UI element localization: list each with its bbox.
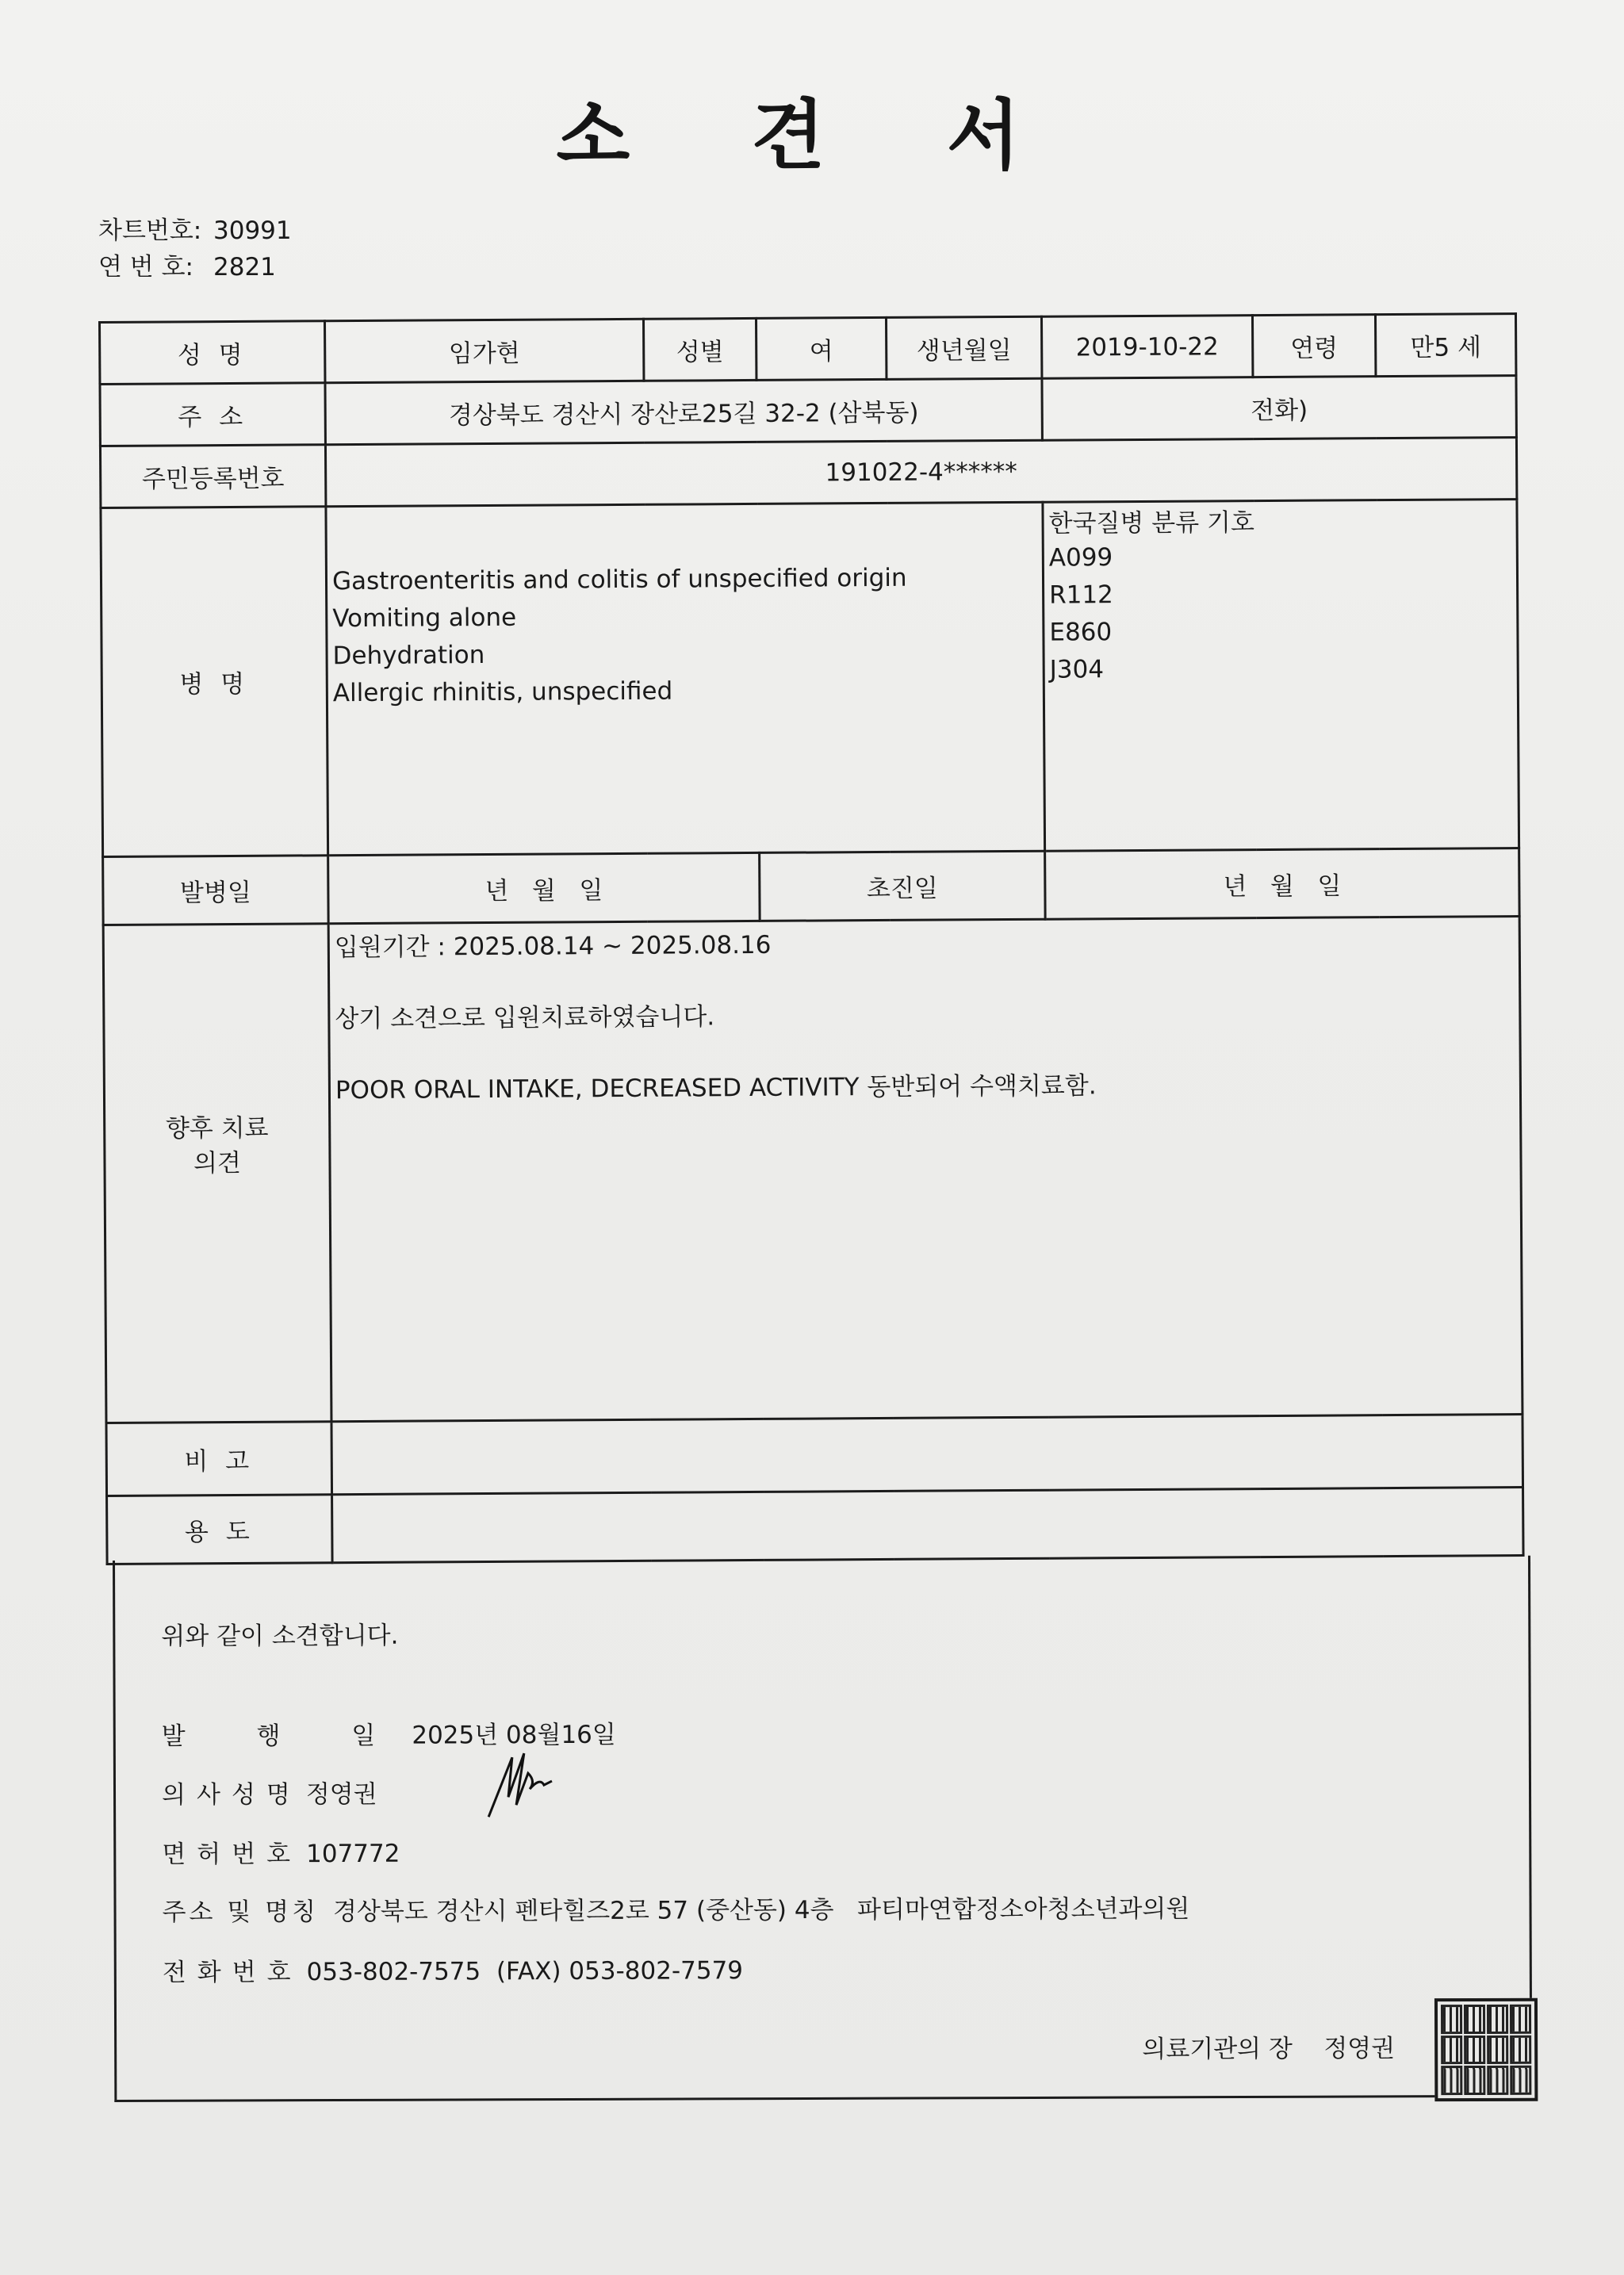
- opinion-line: 입원기간 : 2025.08.14 ~ 2025.08.16: [335, 922, 1514, 966]
- chart-no: 30991: [213, 213, 292, 249]
- license-line: 면허번호107772: [162, 1833, 400, 1870]
- name-label: 성 명: [100, 321, 325, 385]
- diagnosis-code: A099: [1049, 537, 1511, 577]
- code-header: 한국질병 분류 기호: [1048, 505, 1511, 540]
- opinion-body: 입원기간 : 2025.08.14 ~ 2025.08.16 상기 소견으로 입…: [328, 917, 1522, 1422]
- head-name: 정영권: [1323, 2034, 1395, 2062]
- institution-head: 의료기관의 장 정영권: [1142, 2028, 1395, 2064]
- diagnosis-item: Allergic rhinitis, unspecified: [333, 670, 1038, 711]
- opinion-label-line1: 향후 치료: [105, 1110, 328, 1147]
- patient-sex: 여: [756, 317, 886, 380]
- chart-no-label: 차트번호:: [98, 213, 213, 249]
- diagnosis-code: E860: [1049, 611, 1511, 652]
- onset-value: 년 월 일: [328, 852, 760, 923]
- clinic-address-line: 주소 및 명칭경상북도 경산시 펜타힐즈2로 57 (중산동) 4층 파티마연합…: [162, 1888, 1189, 1928]
- patient-dob: 2019-10-22: [1041, 316, 1252, 379]
- clinic-phone-label: 전화번호: [163, 1951, 302, 1988]
- patient-address: 경상북도 경산시 장산로25길 32-2 (삼북동): [325, 378, 1042, 445]
- purpose-label: 용 도: [107, 1495, 333, 1565]
- patient-row: 성 명 임가현 성별 여 생년월일 2019-10-22 연령 만5 세: [100, 314, 1516, 385]
- issue-date-label: 발 행 일: [162, 1715, 408, 1752]
- onset-label: 발병일: [103, 856, 329, 925]
- clinic-phone-line: 전화번호053-802-7575 (FAX) 053-802-7579: [163, 1950, 743, 1988]
- doctor-name: 정영권: [306, 1780, 377, 1809]
- purpose-row: 용 도: [107, 1488, 1523, 1565]
- license-no: 107772: [306, 1840, 400, 1868]
- serial-no-label: 연 번 호:: [98, 249, 213, 285]
- first-visit-value: 년 월 일: [1045, 848, 1520, 920]
- opinion-line: 상기 소견으로 입원치료하였습니다.: [335, 994, 1514, 1037]
- document-meta: 차트번호:30991 연 번 호:2821: [98, 213, 292, 285]
- clinic-address: 경상북도 경산시 펜타힐즈2로 57 (중산동) 4층 파티마연합정소아청소년과…: [333, 1894, 1189, 1926]
- diagnosis-item: Dehydration: [332, 633, 1037, 674]
- remarks-label: 비 고: [106, 1422, 332, 1496]
- issuer-section: 위와 같이 소견합니다. 발 행 일2025년 08월16일 의사성명정영권 면…: [113, 1556, 1532, 2102]
- patient-age: 만5 세: [1375, 314, 1515, 377]
- rrn-row: 주민등록번호 191022-4******: [100, 438, 1516, 508]
- dob-label: 생년월일: [886, 316, 1041, 379]
- diagnosis-code: R112: [1049, 574, 1511, 615]
- diagnosis-label: 병 명: [101, 507, 328, 857]
- patient-rrn: 191022-4******: [325, 438, 1516, 507]
- address-label: 주 소: [100, 383, 325, 446]
- serial-no: 2821: [213, 249, 276, 285]
- doctor-line: 의사성명정영권: [162, 1774, 377, 1810]
- head-label: 의료기관의 장: [1142, 2035, 1293, 2064]
- dates-row: 발병일 년 월 일 초진일 년 월 일: [103, 848, 1519, 925]
- diagnosis-item: Gastroenteritis and colitis of unspecifi…: [332, 558, 1037, 599]
- license-label: 면허번호: [162, 1833, 301, 1870]
- first-visit-label: 초진일: [760, 851, 1046, 921]
- diagnosis-list: Gastroenteritis and colitis of unspecifi…: [326, 502, 1045, 856]
- statement: 위와 같이 소견합니다.: [161, 1615, 398, 1652]
- address-row: 주 소 경상북도 경산시 장산로25길 32-2 (삼북동) 전화): [100, 376, 1516, 446]
- clinic-address-label: 주소 및 명칭: [162, 1891, 319, 1928]
- opinion-label: 향후 치료 의견: [103, 924, 331, 1423]
- opinion-row: 향후 치료 의견 입원기간 : 2025.08.14 ~ 2025.08.16 …: [103, 917, 1522, 1423]
- remarks-value: [331, 1415, 1523, 1495]
- clinic-phone: 053-802-7575 (FAX) 053-802-7579: [307, 1956, 744, 1986]
- document-title: 소 견 서: [0, 75, 1624, 184]
- purpose-value: [332, 1488, 1523, 1563]
- document-page: 소 견 서 차트번호:30991 연 번 호:2821 성 명 임가현 성별 여…: [0, 0, 1624, 2275]
- phone-label: 전화): [1042, 376, 1516, 441]
- signature-icon: [481, 1741, 560, 1821]
- official-seal-icon: [1434, 1998, 1538, 2101]
- doctor-label: 의사성명: [162, 1774, 301, 1810]
- diagnosis-code-list: 한국질병 분류 기호 A099 R112 E860 J304: [1043, 500, 1519, 852]
- patient-name: 임가현: [325, 319, 644, 382]
- opinion-label-line2: 의견: [105, 1145, 328, 1182]
- opinion-line: POOR ORAL INTAKE, DECREASED ACTIVITY 동반되…: [335, 1065, 1515, 1109]
- opinion-form-table: 성 명 임가현 성별 여 생년월일 2019-10-22 연령 만5 세 주 소…: [98, 312, 1525, 1565]
- rrn-label: 주민등록번호: [100, 445, 325, 508]
- remarks-row: 비 고: [106, 1415, 1523, 1496]
- age-label: 연령: [1252, 315, 1375, 377]
- sex-label: 성별: [643, 318, 756, 381]
- diagnosis-row: 병 명 Gastroenteritis and colitis of unspe…: [101, 500, 1519, 857]
- diagnosis-item: Vomiting alone: [332, 596, 1037, 637]
- diagnosis-code: J304: [1050, 649, 1512, 689]
